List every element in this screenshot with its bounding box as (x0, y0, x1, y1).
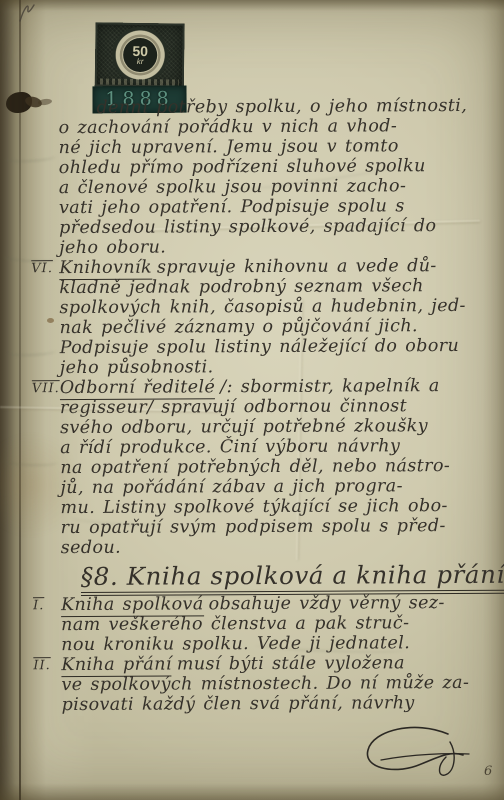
handwritten-line: kladně jednak podrobný seznam všech (59, 276, 475, 298)
ink-blot (38, 98, 53, 106)
handwritten-line: ohledu přímo podřízeni sluhové spolku (59, 156, 475, 178)
binding-gutter (19, 0, 21, 800)
handwritten-line: II.Kniha přánímusí býti stále vyložena (61, 653, 477, 675)
handwritten-line: vati jeho opatření. Podpisuje spolu s (59, 196, 475, 218)
handwritten-line: jeho působnosti. (60, 356, 476, 378)
item-numeral: II. (33, 658, 50, 673)
bleed-through-stroke (6, 345, 56, 357)
handwritten-line: nak pečlivé záznamy o půjčování jich. (60, 316, 476, 338)
handwritten-line: na opatření potřebných děl, nebo nástro- (60, 456, 476, 478)
line-text: né jich upravení. Jemu jsou v tomto (59, 136, 399, 158)
line-text: jeho působnosti. (60, 357, 214, 378)
handwritten-line: sedou. (61, 536, 477, 558)
handwritten-line: pisovati každý člen svá přání, návrhy (62, 693, 478, 715)
handwritten-line: jů, na pořádání zábav a jich progra- (60, 476, 476, 498)
line-text: sedou. (61, 538, 121, 558)
line-text: spravuje knihovnu a vede dů- (157, 256, 437, 277)
line-text: /: sbormistr, kapelník a (220, 376, 440, 397)
item-numeral: VI. (31, 261, 53, 276)
item-numeral: VII. (32, 381, 60, 396)
handwritten-line: mu. Listiny spolkové týkající se jich ob… (60, 496, 476, 518)
handwritten-line: jeho oboru. (59, 236, 475, 258)
line-text: denní potřeby spolku, o jeho místnosti, (96, 96, 467, 118)
line-text: a řídí produkce. Činí výboru návrhy (60, 436, 400, 458)
line-text: jů, na pořádání zábav a jich progra- (60, 476, 403, 498)
section-heading: §8. Kniha spolková a kniha přání. (61, 556, 477, 595)
revenue-stamp-emblem: 50 kr (112, 27, 169, 84)
handwriting-block: denní potřeby spolku, o jeho místnosti,o… (58, 96, 477, 715)
line-text: jeho oboru. (59, 238, 166, 259)
page-number: 6 (484, 764, 492, 779)
line-text: ohledu přímo podřízeni sluhové spolku (59, 156, 426, 178)
line-text: regisseur/ spravují odbornou činnost (60, 396, 407, 418)
line-text: na opatření potřebných děl, nebo nástro- (60, 456, 450, 478)
stamp-unit: kr (137, 57, 144, 65)
handwritten-line: Podpisuje spolu listiny náležející do ob… (60, 336, 476, 358)
handwritten-line: spolkových knih, časopisů a hudebnin, je… (59, 296, 475, 318)
handwritten-line: a řídí produkce. Činí výboru návrhy (60, 436, 476, 458)
line-text: nou kroniku spolku. Vede ji jednatel. (61, 633, 410, 655)
handwritten-line: o zachování pořádku v nich a vhod- (58, 116, 474, 138)
signature-flourish (353, 720, 475, 778)
line-text: o zachování pořádku v nich a vhod- (58, 116, 397, 138)
line-text: mu. Listiny spolkové týkající se jich ob… (60, 496, 447, 518)
line-text: Podpisuje spolu listiny náležející do ob… (60, 336, 460, 358)
handwritten-line: I.Kniha spolkováobsahuje vždy věrný sez- (61, 593, 477, 615)
line-text: svého odboru, určují potřebné zkoušky (60, 416, 428, 438)
pen-mark-icon (15, 0, 41, 24)
handwritten-line: VI.Knihovníkspravuje knihovnu a vede dů- (59, 256, 475, 278)
handwritten-line: regisseur/ spravují odbornou činnost (60, 396, 476, 418)
handwritten-line: předsedou listiny spolkové, spadající do (59, 216, 475, 238)
revenue-stamp-body: 50 kr (95, 22, 185, 87)
handwritten-line: nou kroniku spolku. Vede ji jednatel. (61, 633, 477, 655)
item-numeral: I. (33, 598, 44, 613)
handwritten-line: ru opatřují svým podpisem spolu s před- (61, 516, 477, 538)
manuscript-page: 50 kr 1888 denní potřeby spolku, o jeho … (0, 0, 504, 800)
line-text: nam veškerého členstva a pak struč- (61, 613, 409, 635)
line-text: spolkových knih, časopisů a hudebnin, je… (59, 296, 465, 318)
handwritten-line: svého odboru, určují potřebné zkoušky (60, 416, 476, 438)
line-text: pisovati každý člen svá přání, návrhy (62, 693, 415, 715)
line-text: vati jeho opatření. Podpisuje spolu s (59, 196, 405, 218)
handwritten-line: denní potřeby spolku, o jeho místnosti, (58, 96, 474, 118)
handwritten-line: a členové spolku jsou povinni zacho- (59, 176, 475, 198)
section-heading-text: §8. Kniha spolková a kniha přání. (81, 560, 504, 596)
handwritten-line: ve spolkových místnostech. Do ní může za… (61, 673, 477, 695)
line-text: a členové spolku jsou povinni zacho- (59, 176, 406, 198)
revenue-stamp-denomination: 50 kr (123, 38, 157, 72)
handwritten-line: nam veškerého členstva a pak struč- (61, 613, 477, 635)
line-text: nak pečlivé záznamy o půjčování jich. (60, 316, 419, 338)
handwritten-line: né jich upravení. Jemu jsou v tomto (59, 136, 475, 158)
line-text: obsahuje vždy věrný sez- (209, 593, 445, 614)
stamp-value: 50 (132, 44, 148, 57)
line-text: ru opatřují svým podpisem spolu s před- (61, 516, 446, 538)
line-text: kladně jednak podrobný seznam všech (59, 276, 423, 298)
bleed-through-stroke (4, 151, 56, 164)
line-text: musí býti stále vyložena (177, 653, 405, 674)
stamp-microtext-row (100, 78, 179, 85)
ink-spot (47, 318, 54, 323)
line-text: ve spolkových místnostech. Do ní může za… (61, 673, 469, 695)
handwritten-line: VII.Odborní ředitelé/: sbormistr, kapeln… (60, 376, 476, 398)
line-text: předsedou listiny spolkové, spadající do (59, 216, 436, 238)
